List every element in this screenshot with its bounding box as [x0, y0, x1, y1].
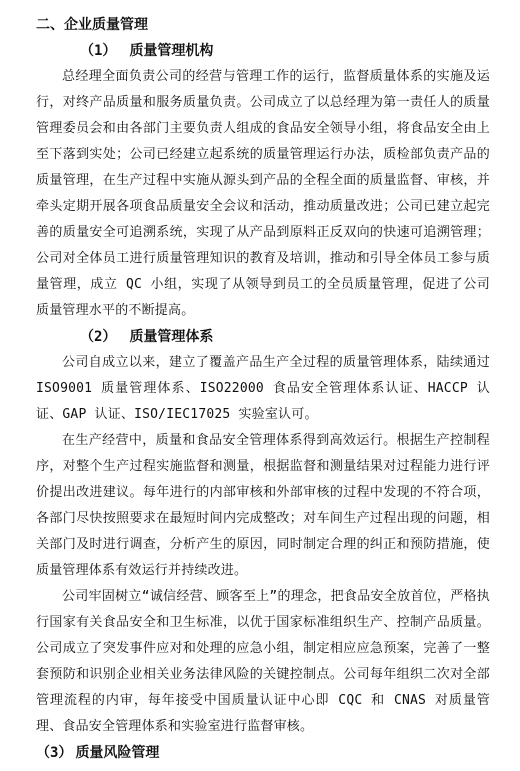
paragraph-system-operation: 在生产经营中，质量和食品安全管理体系得到高效运行。根据生产控制程序，对整个生产过… — [36, 428, 490, 584]
paragraph-certifications: 公司自成立以来，建立了覆盖产品生产全过程的质量管理体系，陆续通过 ISO9001… — [36, 350, 490, 428]
section-heading: 二、企业质量管理 — [36, 12, 490, 38]
subsection-number: （2） — [80, 329, 116, 345]
subsection-heading-quality-management-system: （2）质量管理体系 — [80, 324, 490, 350]
subsection-title: 质量管理体系 — [129, 329, 213, 345]
document-page: 二、企业质量管理 （1）质量管理机构 总经理全面负责公司的经营与管理工作的运行，… — [0, 0, 520, 771]
subsection-heading-quality-risk-management: （3）质量风险管理 — [36, 740, 490, 766]
subsection-number: （1） — [80, 43, 116, 59]
paragraph-philosophy-audit: 公司牢固树立“诚信经营、顾客至上”的理念，把食品安全放首位，严格执行国家有关食品… — [36, 584, 490, 740]
subsection-heading-quality-management-organization: （1）质量管理机构 — [80, 38, 490, 64]
subsection-title: 质量风险管理 — [75, 745, 159, 761]
subsection-title: 质量管理机构 — [129, 43, 213, 59]
paragraph-quality-organization: 总经理全面负责公司的经营与管理工作的运行，监督质量体系的实施及运行，对终产品质量… — [36, 64, 490, 324]
subsection-number: （3） — [36, 745, 72, 761]
